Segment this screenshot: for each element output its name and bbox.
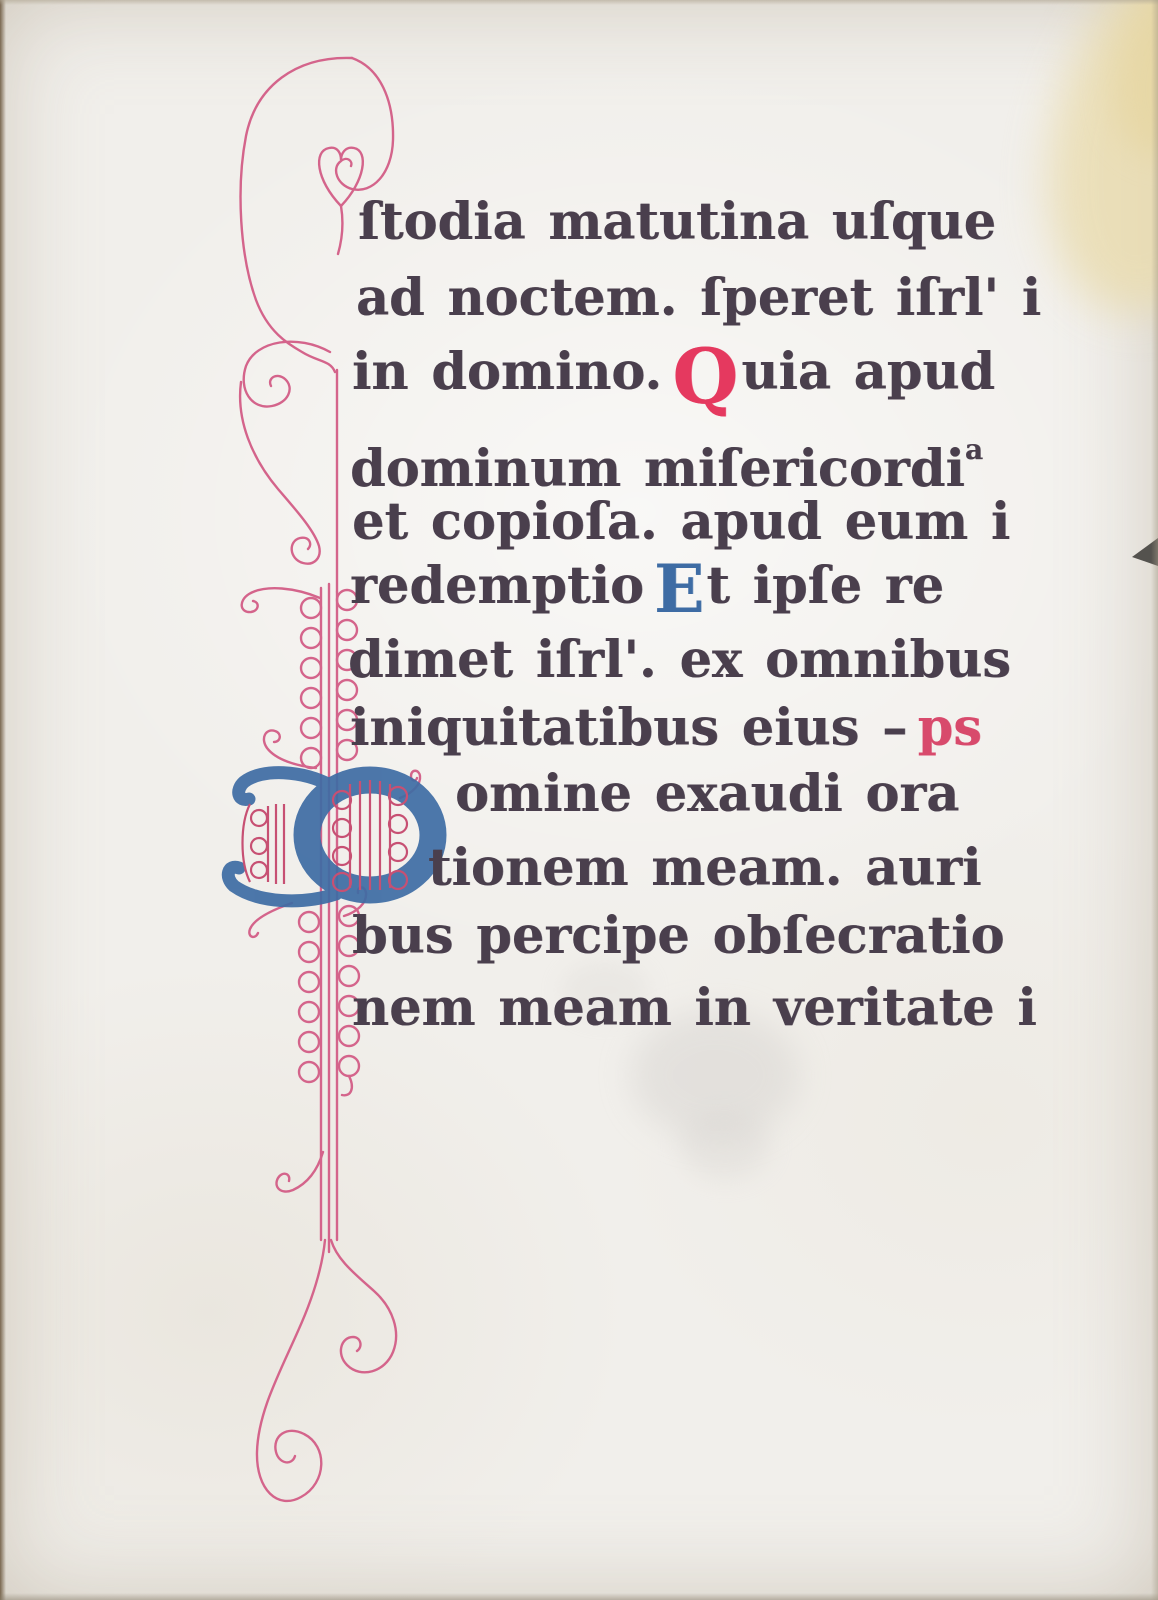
line11-text: bus percipe obſecratio — [352, 906, 1004, 966]
text-block: ſtodia matutina uſque ad noctem. ſperet … — [0, 0, 1158, 1600]
line5-text: et copioſa. apud eum i — [352, 492, 1010, 552]
line12-text: nem meam in veritate i — [352, 978, 1037, 1038]
line6-post: t ipſe re — [706, 556, 944, 616]
line3-pre: in domino. — [352, 342, 662, 402]
rubricated-initial-q: Q — [672, 332, 738, 421]
text-line-3: in domino.Quia apud — [352, 340, 995, 409]
text-line-11: bus percipe obſecratio — [352, 904, 1004, 968]
illuminated-initial-e: E — [654, 550, 704, 628]
line9-text: omine exaudi ora — [455, 764, 959, 824]
text-line-9: Domine exaudi ora — [455, 762, 959, 826]
line6-pre: redemptio — [350, 556, 644, 616]
text-line-1: ſtodia matutina uſque — [358, 190, 996, 254]
line4-superscript-a: a — [965, 433, 983, 466]
text-line-12: nem meam in veritate i — [352, 976, 1037, 1040]
text-line-6: redemptioEt ipſe re — [350, 554, 944, 621]
line10-text: tionem meam. auri — [428, 838, 982, 898]
text-line-8: iniquitatibus eius –ps — [350, 696, 982, 760]
text-line-7: dimet iſrl'. ex omnibus — [348, 628, 1011, 692]
text-line-4: dominum miſericordia — [350, 418, 983, 501]
line1-text: ſtodia matutina uſque — [358, 192, 996, 252]
psalm-rubric-ps: ps — [918, 698, 982, 758]
text-line-10: tionem meam. auri — [428, 836, 982, 900]
line8-base: iniquitatibus eius – — [350, 698, 908, 758]
text-line-2: ad noctem. ſperet iſrl' i — [356, 266, 1041, 330]
line3-post: uia apud — [741, 342, 995, 402]
manuscript-page: ſtodia matutina uſque ad noctem. ſperet … — [0, 0, 1158, 1600]
line2-text: ad noctem. ſperet iſrl' i — [356, 268, 1041, 328]
text-line-5: et copioſa. apud eum i — [352, 490, 1010, 554]
line7-text: dimet iſrl'. ex omnibus — [348, 630, 1011, 690]
